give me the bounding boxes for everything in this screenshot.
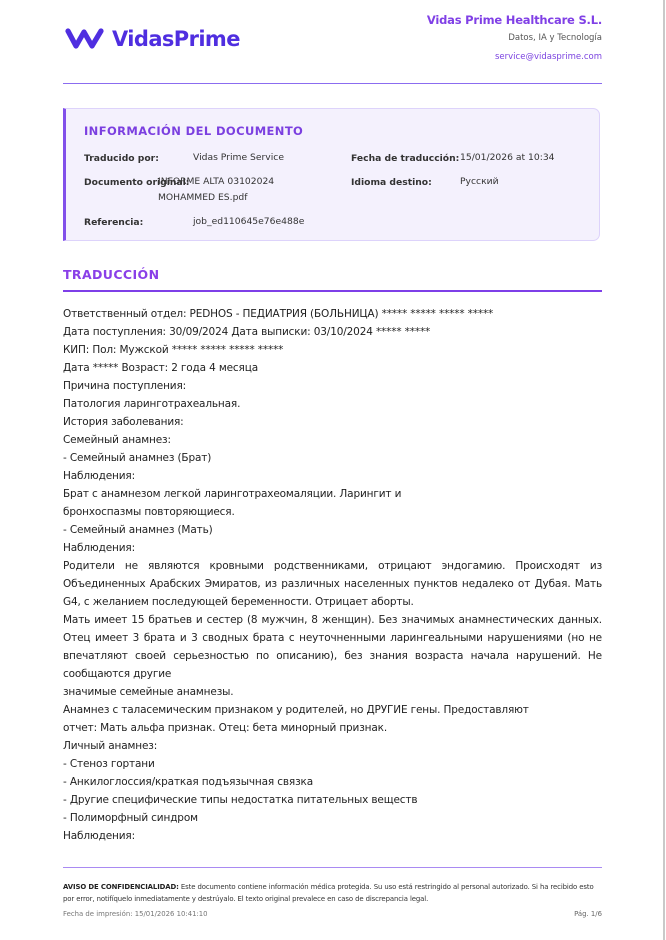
translation-line: отчет: Мать альфа признак. Отец: бета ми… <box>63 719 602 737</box>
translation-line: - Другие специфические типы недостатка п… <box>63 791 602 809</box>
confidentiality-label: AVISO DE CONFIDENCIALIDAD: <box>63 883 179 891</box>
translation-line: Ответственный отдел: PEDHOS - ПЕДИАТРИЯ … <box>63 305 602 323</box>
original-document-value-line1: INFORME ALTA 03102024 <box>158 174 274 189</box>
translation-line: - Анкилоглоссия/краткая подъязычная связ… <box>63 773 602 791</box>
translation-line: Наблюдения: <box>63 827 602 845</box>
translation-paragraph: Родители не являются кровными родственни… <box>63 557 602 611</box>
translation-line: - Семейный анамнез (Мать) <box>63 521 602 539</box>
page-edge <box>663 0 665 940</box>
footer-divider <box>63 867 602 868</box>
translation-line: Наблюдения: <box>63 467 602 485</box>
translation-date-value: 15/01/2026 at 10:34 <box>460 150 555 165</box>
target-language-label: Idioma destino: <box>351 177 432 188</box>
company-email-link[interactable]: service@vidasprime.com <box>427 52 602 62</box>
translation-section-title: TRADUCCIÓN <box>63 267 159 282</box>
document-page: VidasPrime Vidas Prime Healthcare S.L. D… <box>63 0 602 940</box>
vidasprime-v-logo-icon <box>64 26 106 52</box>
translation-date-label: Fecha de traducción: <box>351 153 459 164</box>
translation-paragraph: Мать имеет 15 братьев и сестер (8 мужчин… <box>63 611 602 683</box>
translation-line: Дата поступления: 30/09/2024 Дата выписк… <box>63 323 602 341</box>
translation-line: - Стеноз гортани <box>63 755 602 773</box>
translation-line: Патология ларинготрахеальная. <box>63 395 602 413</box>
info-box-title: INFORMACIÓN DEL DOCUMENTO <box>84 124 303 138</box>
translation-divider <box>63 290 602 292</box>
translation-line: Семейный анамнез: <box>63 431 602 449</box>
document-header: VidasPrime Vidas Prime Healthcare S.L. D… <box>63 0 602 84</box>
translation-line: Анамнез с таласемическим признаком у род… <box>63 701 602 719</box>
reference-label: Referencia: <box>84 217 143 228</box>
translation-line: бронхоспазмы повторяющиеся. <box>63 503 602 521</box>
print-date: Fecha de impresión: 15/01/2026 10:41:10 <box>63 910 208 918</box>
translation-line: Дата ***** Возраст: 2 года 4 месяца <box>63 359 602 377</box>
confidentiality-notice: AVISO DE CONFIDENCIALIDAD: Este document… <box>63 882 602 905</box>
translation-line: Наблюдения: <box>63 539 602 557</box>
reference-value: job_ed110645e76e488e <box>193 214 304 229</box>
translation-line: - Полиморфный синдром <box>63 809 602 827</box>
company-tagline: Datos, IA y Tecnología <box>427 33 602 43</box>
brand-name: VidasPrime <box>112 27 240 51</box>
translation-line: КИП: Пол: Мужской ***** ***** ***** ****… <box>63 341 602 359</box>
page-number: Pág. 1/6 <box>574 910 602 918</box>
translation-body: Ответственный отдел: PEDHOS - ПЕДИАТРИЯ … <box>63 305 602 845</box>
translated-by-value: Vidas Prime Service <box>193 150 284 165</box>
translation-line: Личный анамнез: <box>63 737 602 755</box>
target-language-value: Русский <box>460 174 499 189</box>
translation-line: - Семейный анамнез (Брат) <box>63 449 602 467</box>
translation-line: История заболевания: <box>63 413 602 431</box>
company-info: Vidas Prime Healthcare S.L. Datos, IA y … <box>427 13 602 62</box>
document-info-box: INFORMACIÓN DEL DOCUMENTO Traducido por:… <box>63 108 600 241</box>
brand-logo: VidasPrime <box>64 26 240 52</box>
translation-line: значимые семейные анамнезы. <box>63 683 602 701</box>
original-document-value-line2: MOHAMMED ES.pdf <box>158 190 247 205</box>
translation-line: Брат с анамнезом легкой ларинготрахеомал… <box>63 485 602 503</box>
company-name: Vidas Prime Healthcare S.L. <box>427 13 602 27</box>
translated-by-label: Traducido por: <box>84 153 159 164</box>
translation-line: Причина поступления: <box>63 377 602 395</box>
